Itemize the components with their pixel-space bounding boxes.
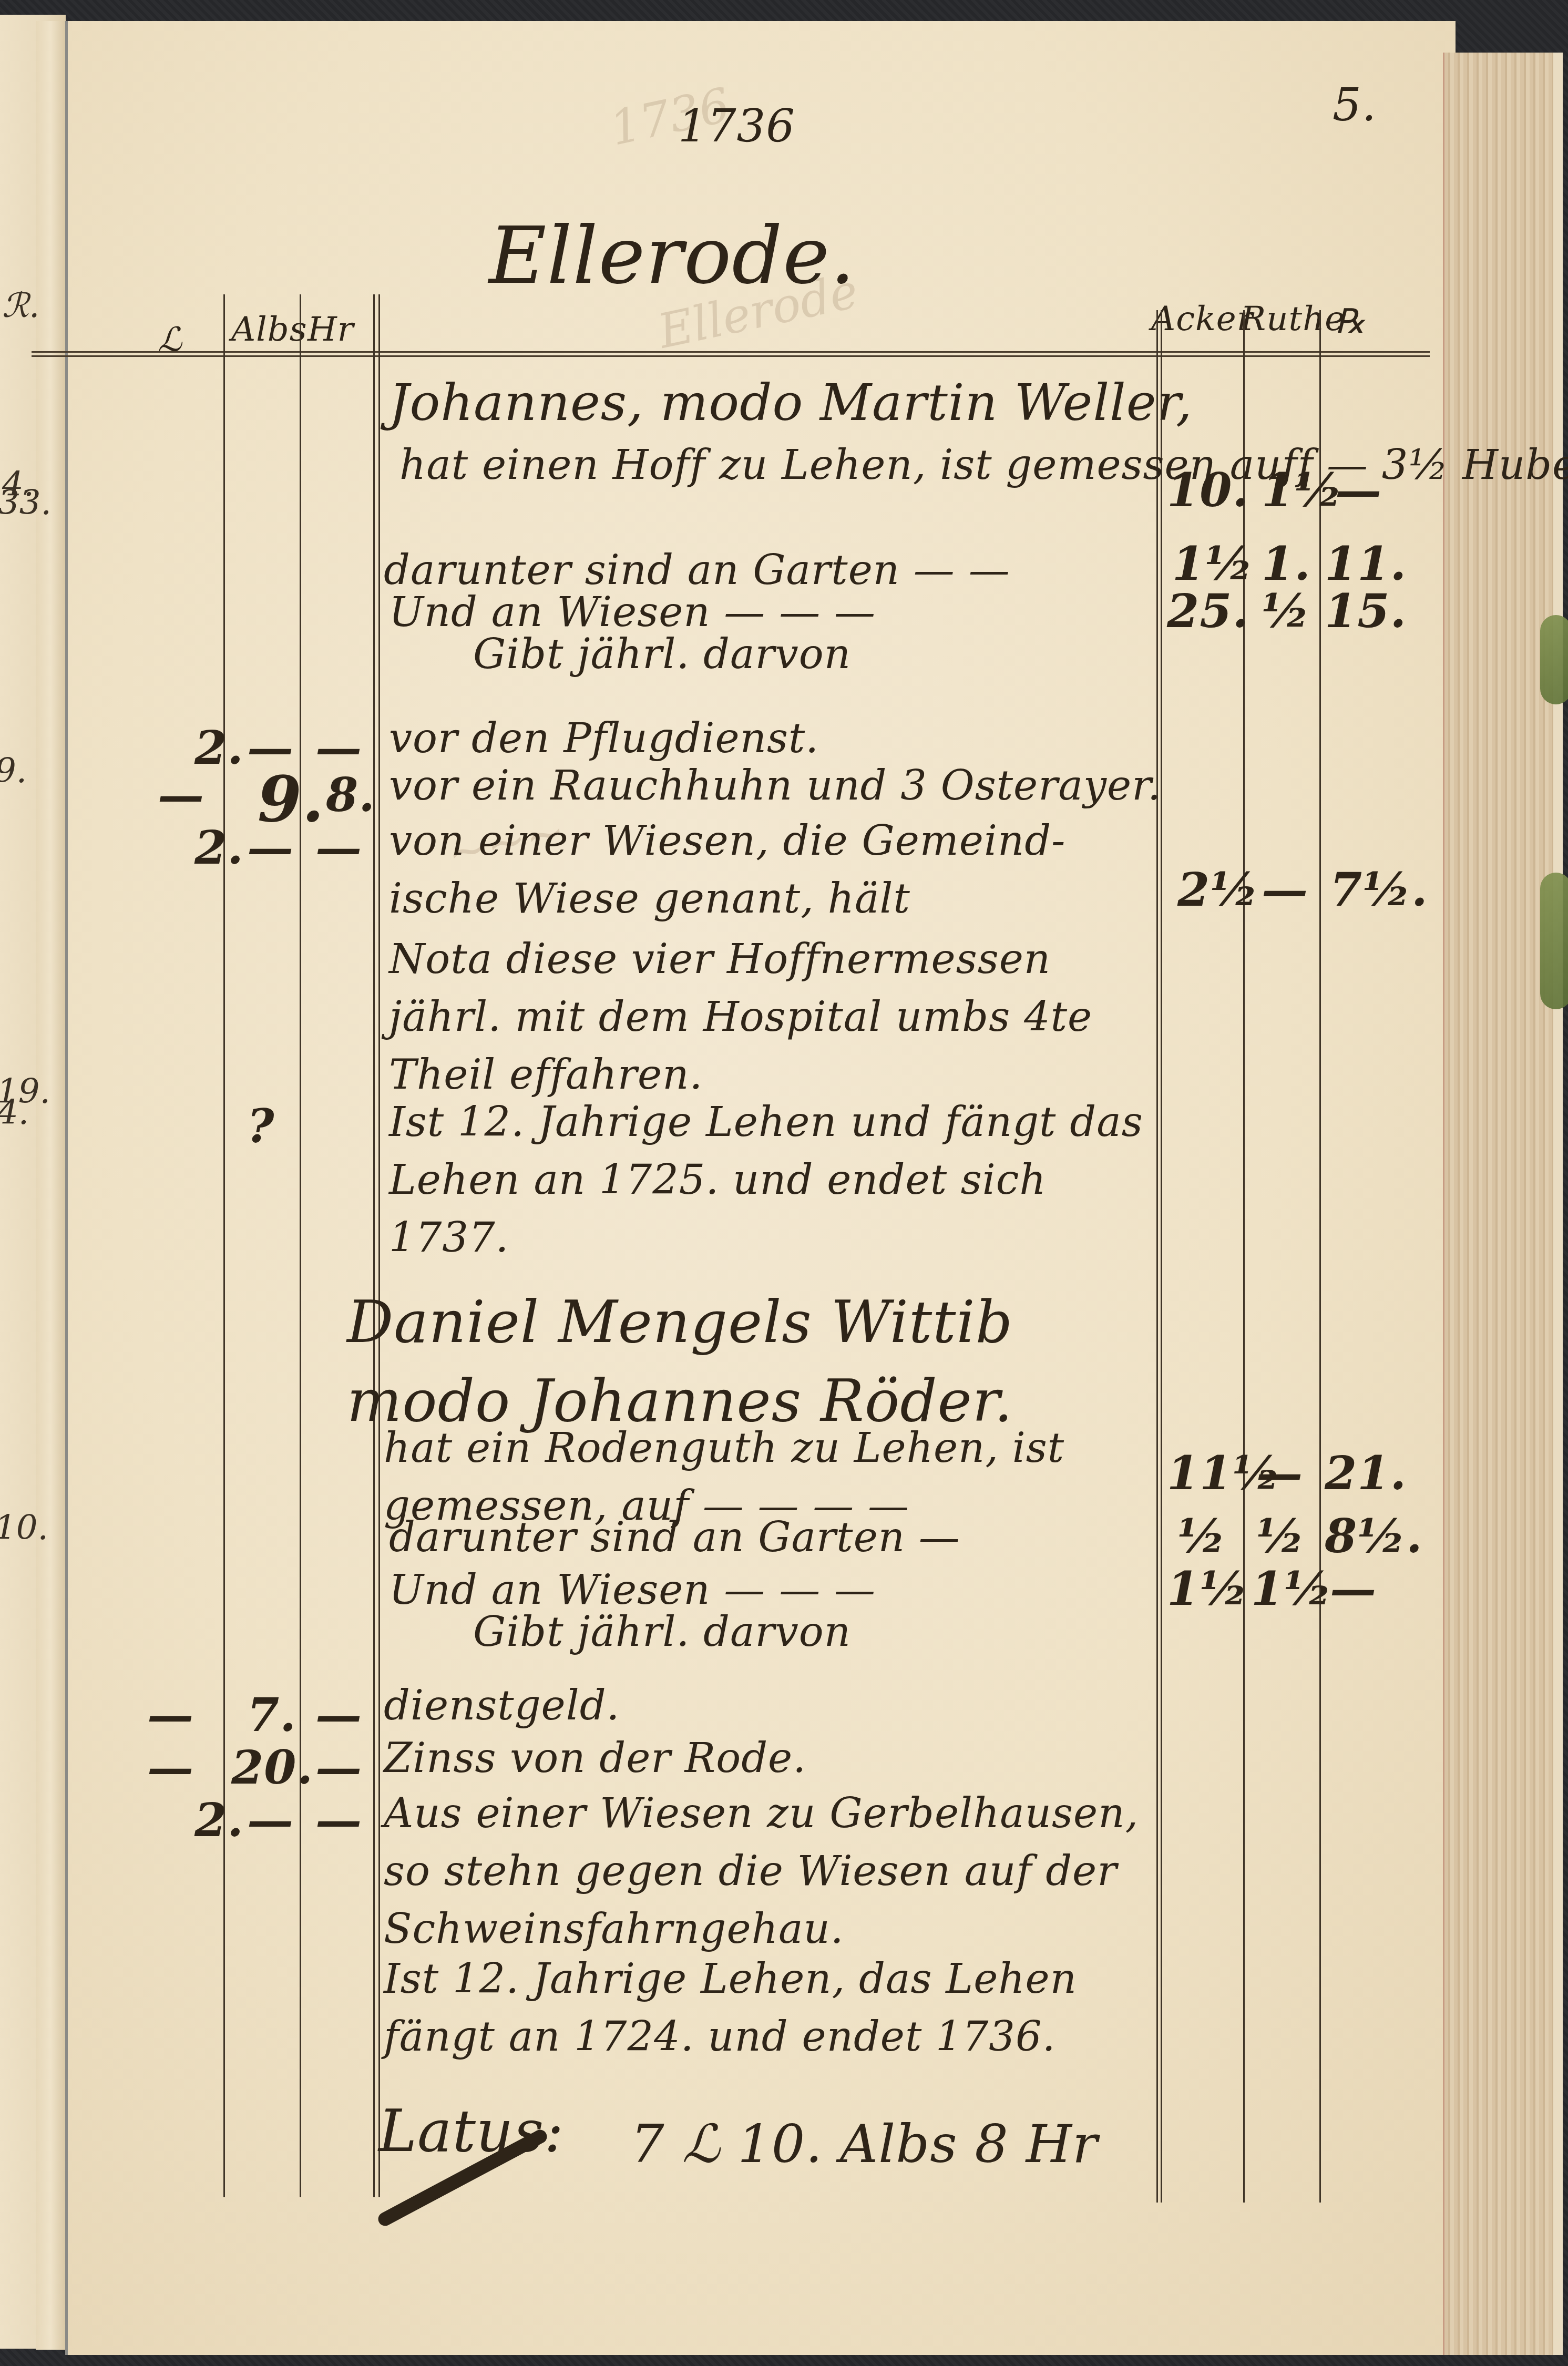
page-year: 1736 — [678, 100, 795, 152]
acker-value: 1½ — [1167, 1561, 1248, 1616]
gulden-value: 2. — [194, 820, 244, 875]
col-header-acker: Acker — [1151, 300, 1253, 339]
ruthe-value: 1½ — [1262, 463, 1343, 517]
payment-text: Zinss von der Rode. — [384, 1735, 806, 1782]
col-header-albus: Albs — [231, 310, 308, 349]
header-rule — [32, 355, 1430, 357]
acker-value: 10. — [1167, 463, 1249, 517]
r-value: — — [1330, 1561, 1377, 1616]
margin-mark: ? — [247, 1099, 275, 1153]
entry-note: Nota diese vier Hoffnermessen jährl. mit… — [389, 930, 1146, 1104]
ruthe-value: — — [1256, 1446, 1303, 1500]
r-value: — — [1335, 463, 1382, 517]
left-margin-value: 10. — [0, 1509, 48, 1548]
heller-value: — — [315, 1740, 362, 1795]
left-page-gutter — [36, 21, 65, 2350]
r-value: 7½. — [1330, 862, 1428, 917]
albus-value: — — [247, 820, 294, 875]
gulden-value: — — [147, 1687, 194, 1742]
payment-text: vor ein Rauchhuhn und 3 Osterayer. — [389, 762, 1161, 810]
ruthe-value: — — [1262, 862, 1308, 917]
ruthe-value: ½ — [1256, 1509, 1305, 1563]
green-ribbon — [1540, 873, 1568, 1009]
latus-total: 7 ℒ 10. Albs 8 Hr — [631, 2113, 1098, 2175]
ruthe-value: 1½ — [1251, 1561, 1333, 1616]
col-header-ruthe: Ruthe — [1241, 300, 1345, 339]
gulden-value: 2. — [194, 1793, 244, 1847]
col-header-r: ℞ — [1335, 302, 1366, 341]
gulden-value: 2. — [194, 720, 244, 775]
ruthe-value: ½ — [1262, 583, 1310, 638]
payment-text: dienstgeld. — [384, 1682, 620, 1729]
entry-line: Und an Wiesen — — — — [389, 589, 876, 636]
entry-note: Ist 12. Jahrige Lehen und fängt das Lehe… — [389, 1093, 1146, 1267]
entry-line: darunter sind an Garten — — [389, 1514, 960, 1561]
albus-value: — — [247, 1793, 294, 1847]
entry-line: Und an Wiesen — — — — [389, 1566, 876, 1614]
col-header-heller: Hr — [308, 310, 354, 349]
payment-text: Aus einer Wiesen zu Gerbelhausen, so ste… — [384, 1785, 1146, 1958]
left-margin-value: ℛ. — [2, 286, 39, 325]
payment-text: von einer Wiesen, die Gemeind-ische Wies… — [389, 812, 1135, 928]
column-rule — [378, 294, 380, 2197]
heller-value: — — [315, 1793, 362, 1847]
entry-note: Ist 12. Jahrige Lehen, das Lehen fängt a… — [384, 1950, 1146, 2066]
r-value: 8½. — [1325, 1509, 1423, 1563]
left-margin-value: 4. — [0, 1093, 29, 1132]
column-rule — [1156, 310, 1158, 2203]
column-rule — [300, 294, 301, 2197]
heller-value: — — [315, 820, 362, 875]
page-edges — [1443, 53, 1563, 2355]
entry-line: darunter sind an Garten — — — [384, 547, 1010, 594]
ruthe-value: 1. — [1262, 536, 1311, 591]
column-rule — [1319, 310, 1321, 2203]
col-header-gulden: ℒ — [158, 321, 182, 360]
albus-value: 7. — [247, 1687, 296, 1742]
column-rule — [223, 294, 225, 2197]
column-rule — [1161, 310, 1162, 2203]
gulden-value: — — [147, 1740, 194, 1795]
entry-name: Johannes, modo Martin Weller, — [389, 373, 1192, 432]
left-margin-value: 9. — [0, 752, 27, 791]
acker-value: 2½ — [1177, 862, 1259, 917]
albus-value: 20. — [231, 1740, 313, 1795]
entry-name: Daniel Mengels Wittib modo Johannes Röde… — [347, 1283, 1135, 1440]
acker-value: 1½ — [1172, 536, 1254, 591]
entry-line: hat einen Hoff zu Lehen, ist gemessen au… — [399, 442, 1568, 489]
header-rule — [32, 351, 1430, 353]
payment-text: vor den Pflugdienst. — [389, 715, 819, 762]
place-heading: Ellerode. — [489, 210, 856, 302]
acker-value: 25. — [1167, 583, 1249, 638]
r-value: 15. — [1325, 583, 1407, 638]
r-value: 11. — [1325, 536, 1407, 591]
r-value: 21. — [1325, 1446, 1407, 1500]
entry-line: Gibt jährl. darvon — [473, 1609, 851, 1656]
heller-value: — — [315, 1687, 362, 1742]
entry-line: Gibt jährl. darvon — [473, 631, 851, 678]
left-margin-value: 33. — [0, 484, 52, 523]
green-ribbon — [1540, 615, 1568, 704]
gulden-value: — — [158, 767, 204, 822]
heller-value: 8. — [326, 767, 375, 822]
acker-value: ½ — [1177, 1509, 1226, 1563]
column-rule — [373, 294, 375, 2197]
page-number: 5. — [1333, 79, 1377, 131]
